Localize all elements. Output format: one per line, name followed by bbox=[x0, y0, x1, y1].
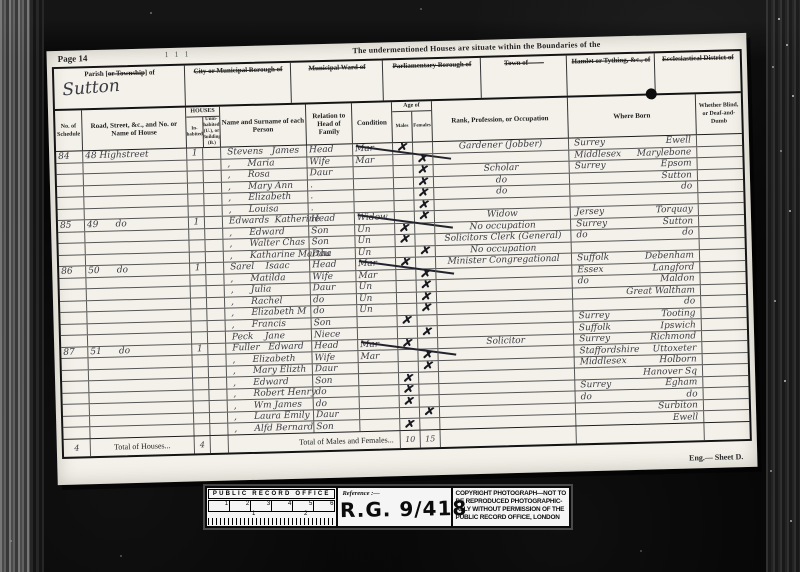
uninhabited-mark bbox=[203, 182, 221, 193]
age-female-mark: ✗ bbox=[413, 188, 433, 199]
ruler-cm-number: 6 bbox=[313, 501, 334, 511]
header-field: Parish [or Township] ofSutton bbox=[54, 66, 185, 109]
age-female-mark: ✗ bbox=[412, 154, 432, 165]
born-place: Egham bbox=[665, 377, 697, 388]
relation-to-head: Daur bbox=[313, 409, 359, 421]
relation-to-head: Daur bbox=[312, 363, 358, 375]
col-uninhabited: Unin-habited (U.), or Building (B.) bbox=[202, 117, 220, 147]
blind-deaf-blank bbox=[702, 353, 748, 365]
age-female-mark bbox=[415, 257, 435, 268]
inhabited-mark bbox=[191, 355, 207, 366]
blind-deaf-blank bbox=[699, 238, 745, 250]
age-male-mark bbox=[393, 200, 413, 211]
age-male-mark: ✗ bbox=[394, 235, 414, 246]
inhabited-mark bbox=[187, 171, 203, 182]
age-female-mark bbox=[414, 234, 434, 245]
born-place: do bbox=[681, 182, 692, 192]
schedule-number bbox=[59, 255, 85, 266]
age-male-mark bbox=[397, 327, 417, 338]
col-road: Road, Street, &c., and No. or Name of Ho… bbox=[81, 108, 186, 151]
schedule-number bbox=[63, 405, 89, 416]
age-female-mark: ✗ bbox=[413, 177, 433, 188]
age-female-mark: ✗ bbox=[414, 211, 434, 222]
header-field-label: City or Municipal Borough of bbox=[189, 65, 287, 76]
age-female-mark: ✗ bbox=[418, 361, 438, 372]
relation-to-head: do bbox=[313, 398, 359, 410]
film-speckles bbox=[0, 0, 2, 2]
relation-to-head: Wife bbox=[306, 156, 352, 168]
born-county: Surrey bbox=[579, 334, 610, 345]
header-field-label: Ecclesiastical District of bbox=[659, 53, 737, 63]
col-houses: HOUSES In-habited Unin-habited (U.), or … bbox=[185, 107, 220, 148]
schedule-number bbox=[60, 313, 86, 324]
schedule-number: 84 bbox=[56, 151, 82, 162]
inhabited-mark: 1 bbox=[188, 217, 204, 228]
age-female-mark: ✗ bbox=[415, 269, 435, 280]
total-houses-label: Total of Houses... bbox=[90, 437, 194, 457]
age-male-mark bbox=[394, 212, 414, 223]
header-field: Town of —— bbox=[480, 56, 567, 98]
schedule-number bbox=[60, 301, 86, 312]
header-field: City or Municipal Borough of bbox=[184, 63, 291, 106]
age-male-mark: ✗ bbox=[396, 315, 416, 326]
uninhabited-mark bbox=[204, 240, 222, 251]
sheet-reference-note: Eng.— Sheet D. bbox=[689, 452, 743, 462]
born-county: Middlesex bbox=[574, 149, 621, 160]
schedule-number bbox=[57, 174, 83, 185]
relation-to-head: Son bbox=[312, 375, 358, 387]
blind-deaf-blank bbox=[696, 146, 742, 158]
pencil-marks: 1 1 1 bbox=[164, 49, 190, 59]
blind-deaf-blank bbox=[698, 203, 744, 215]
born-county: do bbox=[581, 392, 592, 402]
uninhabited-mark bbox=[206, 286, 224, 297]
born-place: Langford bbox=[652, 262, 694, 273]
relation-to-head: . bbox=[307, 190, 353, 202]
header-field: Hamlet or Tything, &c., of bbox=[566, 53, 655, 95]
relation-to-head: . bbox=[308, 202, 354, 214]
blind-deaf-blank bbox=[699, 272, 745, 284]
relation-to-head: do bbox=[312, 386, 358, 398]
blind-deaf-blank bbox=[696, 134, 742, 146]
relation-to-head: Niece bbox=[311, 328, 357, 340]
born-place: Debenham bbox=[645, 251, 694, 262]
schedule-number bbox=[59, 278, 85, 289]
header-field-label: Parish [or Township] of bbox=[58, 68, 181, 79]
born-county: Staffordshire bbox=[579, 344, 639, 356]
age-female-mark: ✗ bbox=[415, 246, 435, 257]
relation-to-head: Head bbox=[308, 213, 354, 225]
inhabited-mark bbox=[188, 240, 204, 251]
age-male-mark: ✗ bbox=[397, 338, 417, 349]
condition: Un bbox=[354, 235, 394, 247]
condition: Mar bbox=[357, 339, 397, 351]
col-occupation: Rank, Profession, or Occupation bbox=[431, 98, 568, 142]
uninhabited-mark bbox=[204, 205, 222, 216]
inhabited-mark bbox=[192, 367, 208, 378]
born-county: Middlesex bbox=[580, 356, 627, 367]
totals-blind-blank bbox=[703, 422, 749, 440]
age-female-mark bbox=[418, 372, 438, 383]
inhabited-mark bbox=[190, 309, 206, 320]
col-where-born: Where Born bbox=[567, 94, 696, 137]
uninhabited-mark bbox=[207, 332, 225, 343]
uninhabited-mark bbox=[205, 251, 223, 262]
uninhabited-mark bbox=[209, 412, 227, 423]
header-field-value: Sutton bbox=[62, 76, 121, 100]
condition: Widow bbox=[354, 212, 394, 224]
relation-to-head: Wife bbox=[309, 271, 355, 283]
ruler-cm-scale: 123456 bbox=[208, 500, 335, 512]
uninhabited-mark bbox=[205, 263, 223, 274]
col-age: Age of Males Females bbox=[391, 101, 432, 142]
blind-deaf-blank bbox=[703, 399, 749, 411]
inhabited-mark bbox=[191, 321, 207, 332]
census-form: Page 14 Parish [or Township] ofSuttonCit… bbox=[52, 49, 752, 459]
uninhabited-mark bbox=[203, 194, 221, 205]
total-uninhabited bbox=[210, 436, 228, 453]
born-place: Richmond bbox=[650, 331, 696, 342]
col-relation: Relation to Head of Family bbox=[305, 103, 352, 144]
relation-to-head: do bbox=[310, 294, 356, 306]
inhabited-mark bbox=[187, 194, 203, 205]
blind-deaf-blank bbox=[701, 330, 747, 342]
inhabited-mark bbox=[193, 424, 209, 435]
born-place: do bbox=[684, 297, 695, 307]
blind-deaf-blank bbox=[700, 295, 746, 307]
census-sheet: 1 1 1 The undermentioned Houses are situ… bbox=[46, 33, 757, 485]
blind-deaf-blank bbox=[699, 249, 745, 261]
condition: Un bbox=[356, 281, 396, 293]
blind-deaf-blank bbox=[698, 215, 744, 227]
relation-to-head: Head bbox=[309, 259, 355, 271]
inhabited-mark bbox=[190, 298, 206, 309]
condition: Mar bbox=[352, 143, 392, 155]
col-females: Females bbox=[411, 111, 432, 142]
inhabited-mark bbox=[191, 332, 207, 343]
stamp-copyright-section: COPYRIGHT PHOTOGRAPH—NOT TOBE REPRODUCED… bbox=[453, 488, 569, 526]
inhabited-mark bbox=[187, 183, 203, 194]
col-blind-deaf: Whether Blind, or Deaf-and-Dumb bbox=[695, 93, 742, 134]
uninhabited-mark bbox=[207, 355, 225, 366]
blind-deaf-blank bbox=[697, 180, 743, 192]
uninhabited-mark bbox=[209, 424, 227, 435]
condition: Un bbox=[356, 293, 396, 305]
scanned-census-viewer: 1 1 1 The undermentioned Houses are situ… bbox=[0, 0, 800, 572]
born-county: Suffolk bbox=[577, 253, 609, 264]
reference-label: Reference :— bbox=[342, 490, 379, 497]
blind-deaf-blank bbox=[702, 364, 748, 376]
blind-deaf-blank bbox=[701, 318, 747, 330]
uninhabited-mark bbox=[208, 366, 226, 377]
uninhabited-mark bbox=[202, 159, 220, 170]
condition bbox=[357, 316, 397, 328]
born-place: do bbox=[686, 389, 697, 399]
blind-deaf-blank bbox=[702, 387, 748, 399]
copyright-line: BE REPRODUCED PHOTOGRAPHIC- bbox=[456, 498, 566, 506]
blind-deaf-blank bbox=[700, 307, 746, 319]
header-field: Municipal Ward of bbox=[290, 60, 383, 102]
relation-to-head: Wife bbox=[311, 351, 357, 363]
relation-to-head: Head bbox=[306, 144, 352, 156]
born-county: Surrey bbox=[575, 161, 606, 172]
born-place: Ipswich bbox=[660, 320, 696, 331]
blind-deaf-blank bbox=[700, 284, 746, 296]
born-place: Epsom bbox=[661, 159, 692, 170]
total-schedules: 4 bbox=[64, 439, 90, 457]
inhabited-mark bbox=[193, 401, 209, 412]
born-place: Maldon bbox=[660, 274, 695, 285]
pro-office-title: PUBLIC RECORD OFFICE bbox=[208, 489, 335, 499]
condition bbox=[353, 189, 393, 201]
condition: Mar bbox=[357, 350, 397, 362]
stamp-ruler-section: PUBLIC RECORD OFFICE 123456 1 2 bbox=[207, 488, 338, 526]
header-field: Parliamentary Borough of bbox=[382, 58, 481, 101]
schedule-number bbox=[61, 324, 87, 335]
born-place: Ewell bbox=[673, 412, 699, 423]
born-place: Surbiton bbox=[658, 400, 698, 411]
table-body: 84 48 Highstreet 1 Stevens James Head Ma… bbox=[56, 134, 749, 439]
public-record-office-stamp: PUBLIC RECORD OFFICE 123456 1 2 Referenc… bbox=[205, 486, 571, 528]
age-male-mark: ✗ bbox=[392, 143, 412, 154]
ruler-inch-scale: 1 2 bbox=[208, 513, 335, 525]
copyright-line: PUBLIC RECORD OFFICE, LONDON bbox=[456, 514, 566, 522]
age-female-mark: ✗ bbox=[413, 165, 433, 176]
age-female-mark: ✗ bbox=[413, 200, 433, 211]
age-male-mark bbox=[395, 246, 415, 257]
blind-deaf-blank bbox=[702, 376, 748, 388]
uninhabited-mark bbox=[206, 297, 224, 308]
condition bbox=[357, 327, 397, 339]
totals-occupation-blank bbox=[439, 427, 575, 448]
age-female-mark: ✗ bbox=[417, 349, 437, 360]
stamp-reference-section: Reference :— R.G. 9/418 bbox=[338, 488, 452, 526]
uninhabited-mark bbox=[204, 217, 222, 228]
age-female-mark: ✗ bbox=[416, 280, 436, 291]
inhabited-mark: 1 bbox=[191, 344, 207, 355]
header-field: Ecclesiastical District of bbox=[654, 51, 741, 93]
ruler-cm-number: 3 bbox=[250, 501, 271, 511]
condition bbox=[358, 362, 398, 374]
total-males-females-label: Total of Males and Females... bbox=[228, 431, 400, 452]
blind-deaf-blank bbox=[697, 169, 743, 181]
age-male-mark: ✗ bbox=[399, 396, 419, 407]
condition: Un bbox=[356, 304, 396, 316]
age-male-mark bbox=[392, 154, 412, 165]
age-male-mark bbox=[399, 407, 419, 418]
born-county: Surrey bbox=[576, 218, 607, 229]
age-female-mark: ✗ bbox=[419, 407, 439, 418]
age-female-mark bbox=[419, 395, 439, 406]
condition bbox=[358, 385, 398, 397]
born-county: Suffolk bbox=[579, 322, 611, 333]
col-condition: Condition bbox=[351, 102, 392, 143]
uninhabited-mark bbox=[206, 309, 224, 320]
born-place: Sutton bbox=[663, 216, 694, 227]
page-number: Page 14 bbox=[58, 53, 88, 64]
inhabited-mark bbox=[189, 252, 205, 263]
age-female-mark bbox=[414, 223, 434, 234]
relation-to-head: Son bbox=[308, 225, 354, 237]
born-place: Great Waltham bbox=[626, 285, 695, 297]
film-edge-left-inner bbox=[30, 0, 44, 572]
age-male-mark: ✗ bbox=[398, 384, 418, 395]
schedule-number bbox=[61, 336, 87, 347]
film-edge-left bbox=[0, 0, 30, 572]
blind-deaf-blank bbox=[698, 226, 744, 238]
total-females: 15 bbox=[419, 430, 439, 448]
col-males: Males bbox=[392, 112, 412, 142]
relation-to-head: Daur bbox=[310, 282, 356, 294]
schedule-number bbox=[57, 197, 83, 208]
age-female-mark bbox=[417, 338, 437, 349]
schedule-number bbox=[58, 209, 84, 220]
inhabited-mark bbox=[193, 413, 209, 424]
born-county: Jersey bbox=[576, 207, 605, 218]
uninhabited-mark bbox=[208, 378, 226, 389]
age-male-mark bbox=[395, 269, 415, 280]
schedule-number bbox=[57, 186, 83, 197]
born-place: do bbox=[682, 228, 693, 238]
age-female-mark bbox=[416, 315, 436, 326]
header-field-label: Parliamentary Borough of bbox=[387, 60, 477, 70]
condition bbox=[353, 178, 393, 190]
age-male-mark bbox=[396, 281, 416, 292]
col-name: Name and Surname of each Person bbox=[219, 104, 306, 146]
schedule-number bbox=[62, 370, 88, 381]
uninhabited-mark bbox=[207, 320, 225, 331]
blind-deaf-blank bbox=[697, 192, 743, 204]
header-field-label: Municipal Ward of bbox=[295, 63, 379, 73]
inhabited-mark bbox=[188, 206, 204, 217]
born-place: Uttoxeter bbox=[652, 343, 696, 354]
age-female-mark: ✗ bbox=[417, 326, 437, 337]
inhabited-mark bbox=[190, 286, 206, 297]
born-place: Torquay bbox=[656, 205, 693, 216]
age-male-mark bbox=[393, 166, 413, 177]
born-place: Sutton bbox=[661, 170, 692, 181]
col-schedule: No. of Schedule bbox=[55, 110, 82, 151]
age-male-mark bbox=[393, 189, 413, 200]
schedule-number bbox=[56, 163, 82, 174]
inhabited-mark bbox=[192, 390, 208, 401]
age-male-mark bbox=[397, 350, 417, 361]
ruler-cm-number: 4 bbox=[271, 501, 292, 511]
condition: Mar bbox=[355, 270, 395, 282]
relation-to-head: do bbox=[310, 305, 356, 317]
age-male-mark: ✗ bbox=[394, 223, 414, 234]
copyright-line: COPYRIGHT PHOTOGRAPH—NOT TO bbox=[456, 490, 566, 498]
ruler-cm-number: 5 bbox=[292, 501, 313, 511]
schedule-number bbox=[58, 232, 84, 243]
age-male-mark: ✗ bbox=[395, 258, 415, 269]
ruler-inch-2: 2 bbox=[304, 511, 307, 517]
schedule-number: 85 bbox=[58, 220, 84, 231]
born-county: do bbox=[576, 231, 587, 241]
ruler-inch-1: 1 bbox=[252, 511, 255, 517]
age-male-mark: ✗ bbox=[398, 373, 418, 384]
relation-to-head: Son bbox=[311, 317, 357, 329]
uninhabited-mark bbox=[203, 171, 221, 182]
uninhabited-mark bbox=[205, 274, 223, 285]
uninhabited-mark bbox=[209, 401, 227, 412]
header-field-label: Hamlet or Tything, &c., of bbox=[571, 55, 651, 65]
born-county: Surrey bbox=[574, 138, 605, 149]
born-county: Surrey bbox=[578, 311, 609, 322]
age-female-mark bbox=[418, 384, 438, 395]
inhabited-mark: 1 bbox=[186, 148, 202, 159]
inhabited-mark bbox=[186, 160, 202, 171]
age-female-mark: ✗ bbox=[416, 303, 436, 314]
relation-to-head: Daur bbox=[307, 167, 353, 179]
age-male-mark bbox=[396, 292, 416, 303]
relation-to-head: Dau bbox=[309, 248, 355, 260]
blind-deaf-blank bbox=[699, 261, 745, 273]
condition bbox=[359, 408, 399, 420]
blind-deaf-blank bbox=[701, 341, 747, 353]
schedule-number: 86 bbox=[59, 266, 85, 277]
uninhabited-mark bbox=[207, 343, 225, 354]
ruler-cm-number: 2 bbox=[229, 501, 250, 511]
condition bbox=[358, 373, 398, 385]
age-female-mark bbox=[412, 142, 432, 153]
age-male-mark bbox=[393, 177, 413, 188]
born-county: Essex bbox=[577, 265, 603, 276]
age-male-mark: ✗ bbox=[399, 419, 419, 430]
col-inhabited: In-habited bbox=[186, 117, 203, 147]
condition bbox=[359, 396, 399, 408]
born-place: Tooting bbox=[661, 308, 695, 319]
born-place: Holborn bbox=[659, 354, 697, 365]
schedule-number bbox=[60, 289, 86, 300]
ruler-cm-number: 1 bbox=[209, 501, 229, 511]
age-female-mark bbox=[419, 418, 439, 429]
total-houses-value: 4 bbox=[194, 436, 210, 453]
schedule-number: 87 bbox=[61, 347, 87, 358]
schedule-number bbox=[63, 428, 89, 439]
relation-to-head: . bbox=[307, 179, 353, 191]
relation-to-head: Son bbox=[308, 236, 354, 248]
blind-deaf-blank bbox=[696, 157, 742, 169]
inhabited-mark: 1 bbox=[189, 263, 205, 274]
totals-born-blank bbox=[575, 423, 703, 443]
schedule-number bbox=[62, 359, 88, 370]
header-field-label: Town of —— bbox=[485, 58, 563, 68]
born-place: Ewell bbox=[666, 136, 692, 147]
inhabited-mark bbox=[192, 378, 208, 389]
condition bbox=[353, 201, 393, 213]
total-males: 10 bbox=[400, 431, 420, 449]
condition: Un bbox=[355, 247, 395, 259]
schedule-number bbox=[63, 416, 89, 427]
schedule-number bbox=[62, 393, 88, 404]
born-county: Surrey bbox=[580, 380, 611, 391]
age-male-mark bbox=[396, 304, 416, 315]
condition: Mar bbox=[355, 258, 395, 270]
uninhabited-mark bbox=[208, 389, 226, 400]
copyright-line: ALLY WITHOUT PERMISSION OF THE bbox=[456, 506, 566, 514]
condition: Un bbox=[354, 224, 394, 236]
condition bbox=[353, 166, 393, 178]
film-edge-right bbox=[766, 0, 800, 572]
schedule-number bbox=[62, 382, 88, 393]
relation-to-head: Head bbox=[311, 340, 357, 352]
schedule-number bbox=[58, 243, 84, 254]
inhabited-mark bbox=[188, 229, 204, 240]
born-place: Marylebone bbox=[637, 147, 692, 158]
inhabited-mark bbox=[189, 275, 205, 286]
condition: Mar bbox=[352, 155, 392, 167]
